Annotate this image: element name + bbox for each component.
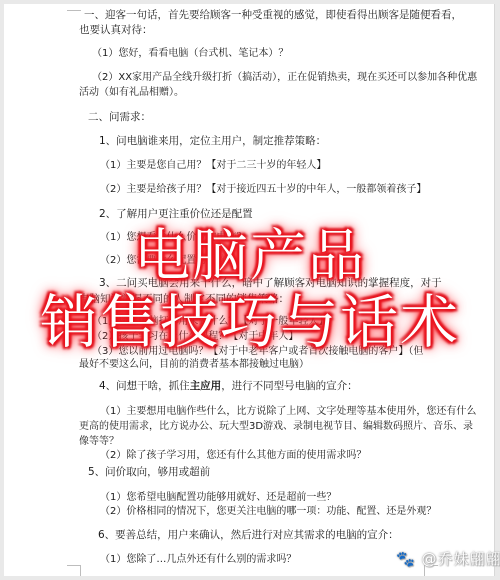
list-item: （1）您除了…几点外还有什么别的需求吗？	[100, 552, 296, 567]
overlay-title-line2: 销售技巧与话术	[0, 290, 500, 354]
list-item: 最好不要这么问，目前的消费者基本都接触过电脑）	[79, 357, 309, 372]
list-item: （2）主要是给孩子用？【对于接近四五十岁的中年人，一般都领着孩子】	[100, 182, 426, 197]
list-item: （2）价格相同的情况下，您更关注电脑的哪一项：功能、配置、还是外观？	[100, 504, 436, 519]
list-item: 更高的使用需求，比方说办公、玩大型3D游戏、录制电视节目、编辑数码照片、音乐、录	[79, 419, 473, 434]
heading-text: 4、问想干啥，抓住	[99, 380, 190, 392]
subsection-heading: 6、要善总结，用户来确认，然后进行对应其需求的电脑的宣介：	[98, 528, 399, 543]
paragraph-line: 也要认真对待：	[79, 23, 153, 38]
list-item: （1）主要想用电脑作些什么，比方说除了上网、文字处理等基本使用外，您还有什么	[100, 404, 476, 419]
list-item: 活动（如有礼品相赠）。	[79, 85, 184, 100]
subsection-heading: 4、问想干啥，抓住主应用，进行不同型号电脑的宣介：	[99, 379, 358, 394]
overlay-title-line1: 电脑产品	[0, 226, 500, 288]
paragraph-line: 一、迎客一句话，首先要给顾客一种受重视的感觉，即使看得出顾客是随便看看，	[84, 8, 462, 23]
heading-emphasis: 主应用	[190, 380, 222, 392]
section-heading: 二、问需求：	[88, 110, 151, 125]
heading-text: ，进行不同型号电脑的宣介：	[221, 380, 358, 392]
list-item: （1）主要是您自己用？【对于二三十岁的年轻人】	[100, 158, 326, 173]
list-item: 像等等？	[79, 434, 119, 449]
watermark: 🐾 @乔妹翩翩	[396, 548, 500, 569]
list-item: （1）您好，看看电脑（台式机、笔记本）？	[92, 46, 288, 61]
page-corner-mark	[67, 10, 81, 11]
page-corner-mark	[80, 566, 81, 576]
subsection-heading: 5、问价取向，够用或超前	[88, 465, 210, 480]
page-corner-mark	[67, 565, 81, 566]
list-item: （2）XX家用产品全线升级打折（搞活动），正在促销热卖，现在买还可以参加各种优惠	[92, 70, 477, 85]
list-item: （1）您希望电脑配置功能够用就好、还是超前一些？	[100, 490, 336, 505]
list-item: （2）除了孩子学习用，您还有什么其他方面的使用需求吗？	[100, 448, 366, 463]
subsection-heading: 2、了解用户更注重价位还是配置	[99, 207, 253, 222]
subsection-heading: 1、问电脑谁来用，定位主用户，制定推荐策略：	[99, 134, 326, 149]
